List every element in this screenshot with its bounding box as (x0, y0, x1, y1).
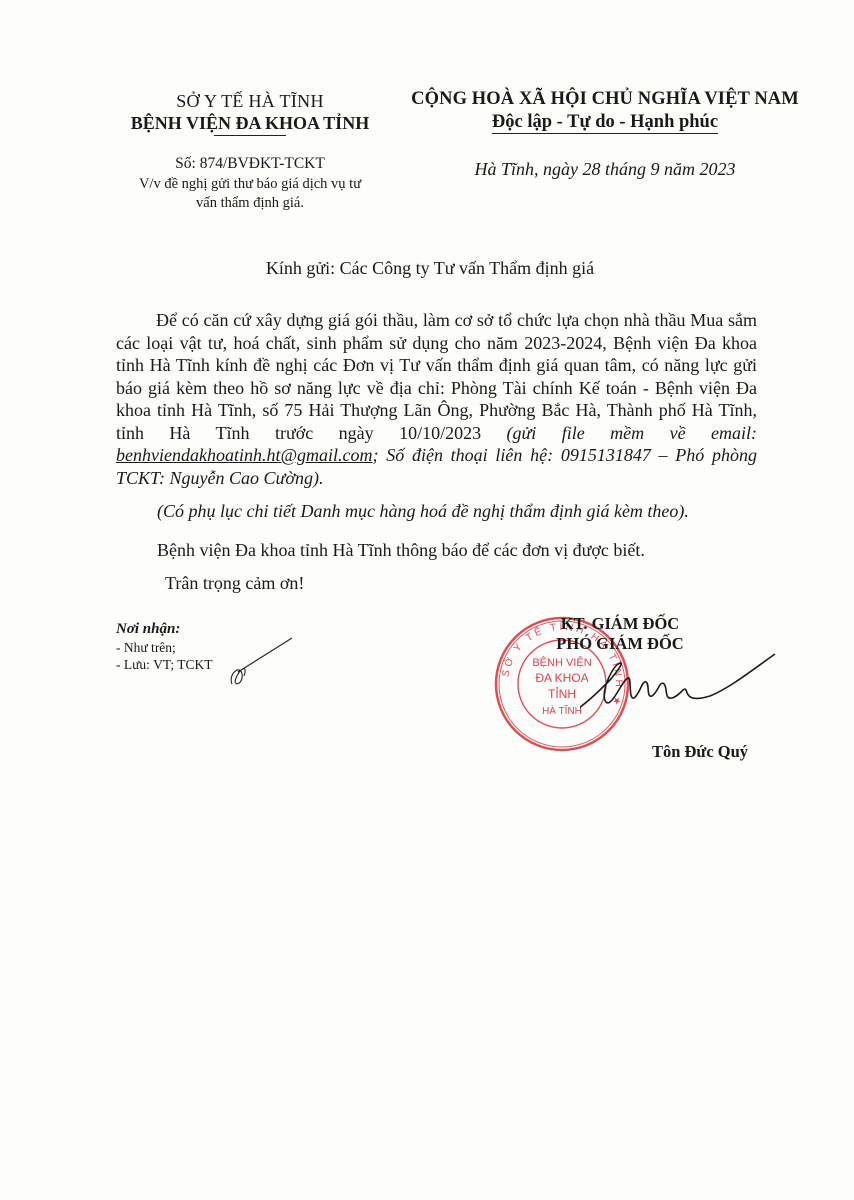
subject-line-2: vấn thẩm định giá. (100, 194, 400, 213)
main-paragraph: Để có căn cứ xây dựng giá gói thầu, làm … (116, 309, 757, 489)
national-header: CỘNG HOÀ XÃ HỘI CHỦ NGHĨA VIỆT NAM Độc l… (400, 88, 810, 180)
appendix-note: (Có phụ lục chi tiết Danh mục hàng hoá đ… (157, 501, 777, 522)
subject-line-1: V/v đề nghị gửi thư báo giá dịch vụ tư (100, 175, 400, 194)
signer-name: Tôn Đức Quý (652, 742, 748, 762)
signer-authority: KT. GIÁM ĐỐC (500, 614, 740, 634)
email-link[interactable]: benhviendakhoatinh.ht@gmail.com (116, 445, 373, 465)
document-number: Số: 874/BVĐKT-TCKT (100, 154, 400, 173)
closing-text: Trân trọng cảm ơn! (165, 573, 565, 594)
place-date: Hà Tĩnh, ngày 28 tháng 9 năm 2023 (400, 158, 810, 180)
notice-text: Bệnh viện Đa khoa tỉnh Hà Tĩnh thông báo… (157, 540, 777, 561)
header-divider (214, 135, 286, 136)
organization-name: BỆNH VIỆN ĐA KHOA TỈNH (100, 112, 400, 134)
agency-name: SỞ Y TẾ HÀ TĨNH (100, 90, 400, 112)
issuer-header: SỞ Y TẾ HÀ TĨNH BỆNH VIỆN ĐA KHOA TỈNH S… (100, 90, 400, 213)
national-title: CỘNG HOÀ XÃ HỘI CHỦ NGHĨA VIỆT NAM (400, 88, 810, 111)
stamp-center-line: TỈNH (548, 686, 576, 701)
stamp-center-line: HÀ TĨNH (542, 704, 582, 717)
contact-prefix: (gửi file mềm về email: (507, 423, 757, 443)
national-motto: Độc lập - Tự do - Hạnh phúc (492, 111, 718, 134)
letter-body: Để có căn cứ xây dựng giá gói thầu, làm … (116, 309, 757, 489)
initials-signature-icon (226, 634, 296, 692)
handwritten-signature-icon (580, 640, 780, 730)
addressee: Kính gửi: Các Công ty Tư vấn Thẩm định g… (100, 258, 760, 279)
